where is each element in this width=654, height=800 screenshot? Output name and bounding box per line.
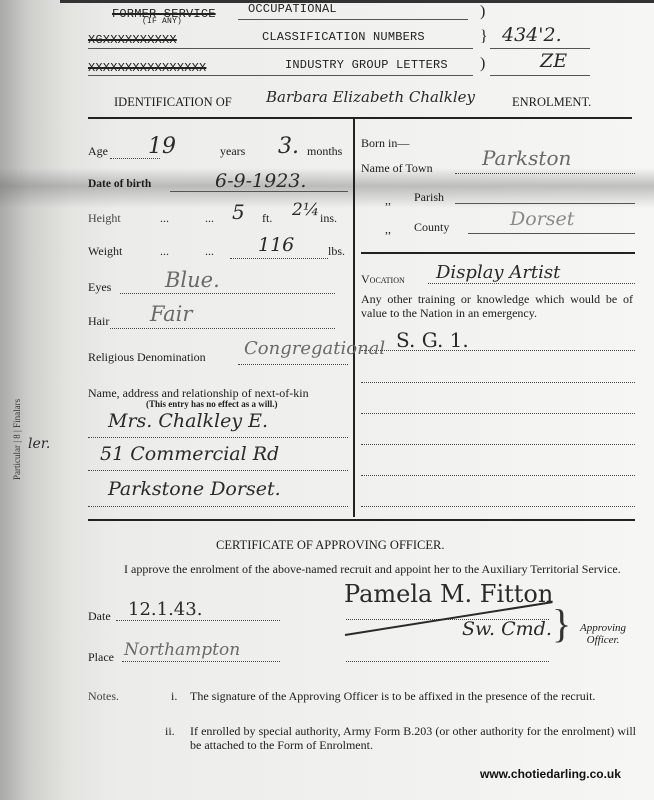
occupational-heading: OCCUPATIONAL: [248, 2, 337, 16]
religion-value: Congregational: [244, 338, 385, 359]
weight-value: 116: [258, 234, 294, 256]
hair-value: Fair: [150, 302, 192, 326]
ditto-2: ,,: [385, 222, 391, 237]
training-dots-5: [361, 475, 635, 476]
identification-suffix: ENROLMENT.: [512, 95, 591, 110]
header-divider: [88, 117, 632, 119]
place-dots: [122, 661, 280, 662]
nok-line-1: Mrs. Chalkley E.: [108, 410, 268, 432]
margin-handwriting: ler.: [28, 436, 50, 452]
section-divider: [88, 519, 635, 521]
eyes-value: Blue.: [165, 268, 220, 292]
eyes-dots: [120, 293, 335, 294]
date-label: Date: [88, 609, 111, 624]
hair-label: Hair: [88, 314, 109, 329]
town-value: Parkston: [482, 146, 571, 170]
enrolment-form-page: FORMER SERVICE (IF ANY) OCCUPATIONAL ) X…: [0, 0, 654, 800]
classification-prefix-struck: XGXXXXXXXXXX: [88, 33, 177, 47]
if-any-note: (IF ANY): [142, 17, 182, 26]
training-dots-4: [361, 444, 635, 445]
months-label: months: [307, 144, 342, 159]
town-label: Name of Town: [361, 161, 433, 176]
industry-rule: [88, 75, 473, 76]
years-label: years: [220, 144, 245, 159]
training-dots-2: [361, 382, 635, 383]
parish-label: Parish: [414, 190, 444, 205]
nok-dots-2: [88, 470, 348, 471]
approving-officer-signature: Pamela M. Fitton: [344, 580, 553, 608]
vocation-label: Vocation: [361, 272, 405, 287]
note-2-number: ii.: [165, 724, 175, 738]
nok-line-2: 51 Commercial Rd: [100, 443, 279, 465]
born-in-label: Born in—: [361, 136, 409, 151]
approving-officer-label: Approving Officer.: [572, 622, 634, 646]
recruit-name: Barbara Elizabeth Chalkley: [266, 88, 475, 106]
county-label: County: [414, 220, 449, 235]
lbs-label: lbs.: [328, 244, 345, 259]
other-training-label: Any other training or knowledge which wo…: [361, 292, 633, 320]
town-dots: [455, 173, 635, 174]
age-months-value: 3.: [278, 134, 299, 159]
age-years-value: 19: [148, 134, 176, 159]
industry-value: ZE: [540, 50, 567, 72]
nok-line-3: Parkstone Dorset.: [108, 478, 281, 500]
dob-value: 6-9-1923.: [215, 170, 306, 192]
training-dots-1: [361, 350, 635, 351]
height-ft-value: 5: [232, 200, 245, 224]
nok-note: (This entry has no effect as a will.): [146, 399, 278, 409]
weight-dots: [230, 258, 328, 259]
note-2-text: If enrolled by special authority, Army F…: [190, 724, 636, 752]
margin-vertical-text: Particular | 8 | Finalars: [12, 399, 22, 480]
ditto-1: ,,: [385, 193, 391, 208]
training-dots-3: [361, 413, 635, 414]
top-border: [60, 0, 654, 3]
industry-prefix-struck: XXXXXXXXXXXXXXXX: [88, 61, 206, 75]
nok-dots-3: [88, 506, 348, 507]
height-in-value: 2¼: [292, 200, 319, 220]
notes-label: Notes.: [88, 689, 119, 703]
column-divider: [353, 117, 355, 517]
industry-group-letters-label: INDUSTRY GROUP LETTERS: [285, 58, 448, 72]
county-rule: [468, 233, 635, 234]
brace-2: }: [480, 28, 488, 46]
vocation-value: Display Artist: [436, 262, 560, 283]
signature-rank: Sw. Cmd.: [462, 618, 552, 640]
vocation-dots: [428, 283, 635, 284]
brace-3: ): [480, 55, 485, 73]
eyes-label: Eyes: [88, 280, 111, 295]
dob-label: Date of birth: [88, 178, 151, 190]
approving-brace: }: [552, 604, 571, 644]
signature-rank-dots: [346, 661, 549, 662]
date-value: 12.1.43.: [128, 599, 202, 620]
certificate-statement: I approve the enrolment of the above-nam…: [88, 562, 634, 576]
classification-value: 434'2.: [502, 24, 562, 46]
place-label: Place: [88, 650, 114, 665]
hair-dots: [110, 328, 335, 329]
nok-dots-1: [88, 437, 348, 438]
ellipsis: ...: [160, 244, 169, 259]
ellipsis: ...: [160, 211, 169, 226]
county-value: Dorset: [510, 208, 574, 230]
watermark-url: www.chotiedarling.co.uk: [480, 767, 621, 781]
other-training-value: S. G. 1.: [396, 328, 469, 352]
identification-prefix: IDENTIFICATION OF: [114, 95, 232, 110]
training-dots-6: [361, 506, 635, 507]
birth-divider: [361, 252, 635, 254]
ellipsis: ...: [205, 211, 214, 226]
parish-rule: [455, 203, 635, 204]
industry-value-rule: [490, 75, 590, 76]
brace-1: ): [480, 3, 485, 21]
date-dots: [116, 620, 280, 621]
ft-label: ft.: [262, 211, 272, 226]
ins-label: ins.: [320, 211, 337, 226]
occupational-rule: [238, 19, 468, 20]
note-1-text: The signature of the Approving Officer i…: [190, 689, 636, 703]
classification-numbers-label: CLASSIFICATION NUMBERS: [262, 30, 425, 44]
height-label: Height: [88, 211, 121, 226]
note-1-number: i.: [171, 689, 177, 703]
religion-dots: [238, 364, 348, 365]
classification-rule: [88, 48, 473, 49]
weight-label: Weight: [88, 244, 122, 259]
classification-value-rule: [490, 48, 590, 49]
religion-label: Religious Denomination: [88, 350, 206, 365]
place-value: Northampton: [124, 640, 240, 660]
ellipsis: ...: [205, 244, 214, 259]
certificate-title: CERTIFICATE OF APPROVING OFFICER.: [216, 538, 444, 553]
age-label: Age: [88, 144, 108, 159]
